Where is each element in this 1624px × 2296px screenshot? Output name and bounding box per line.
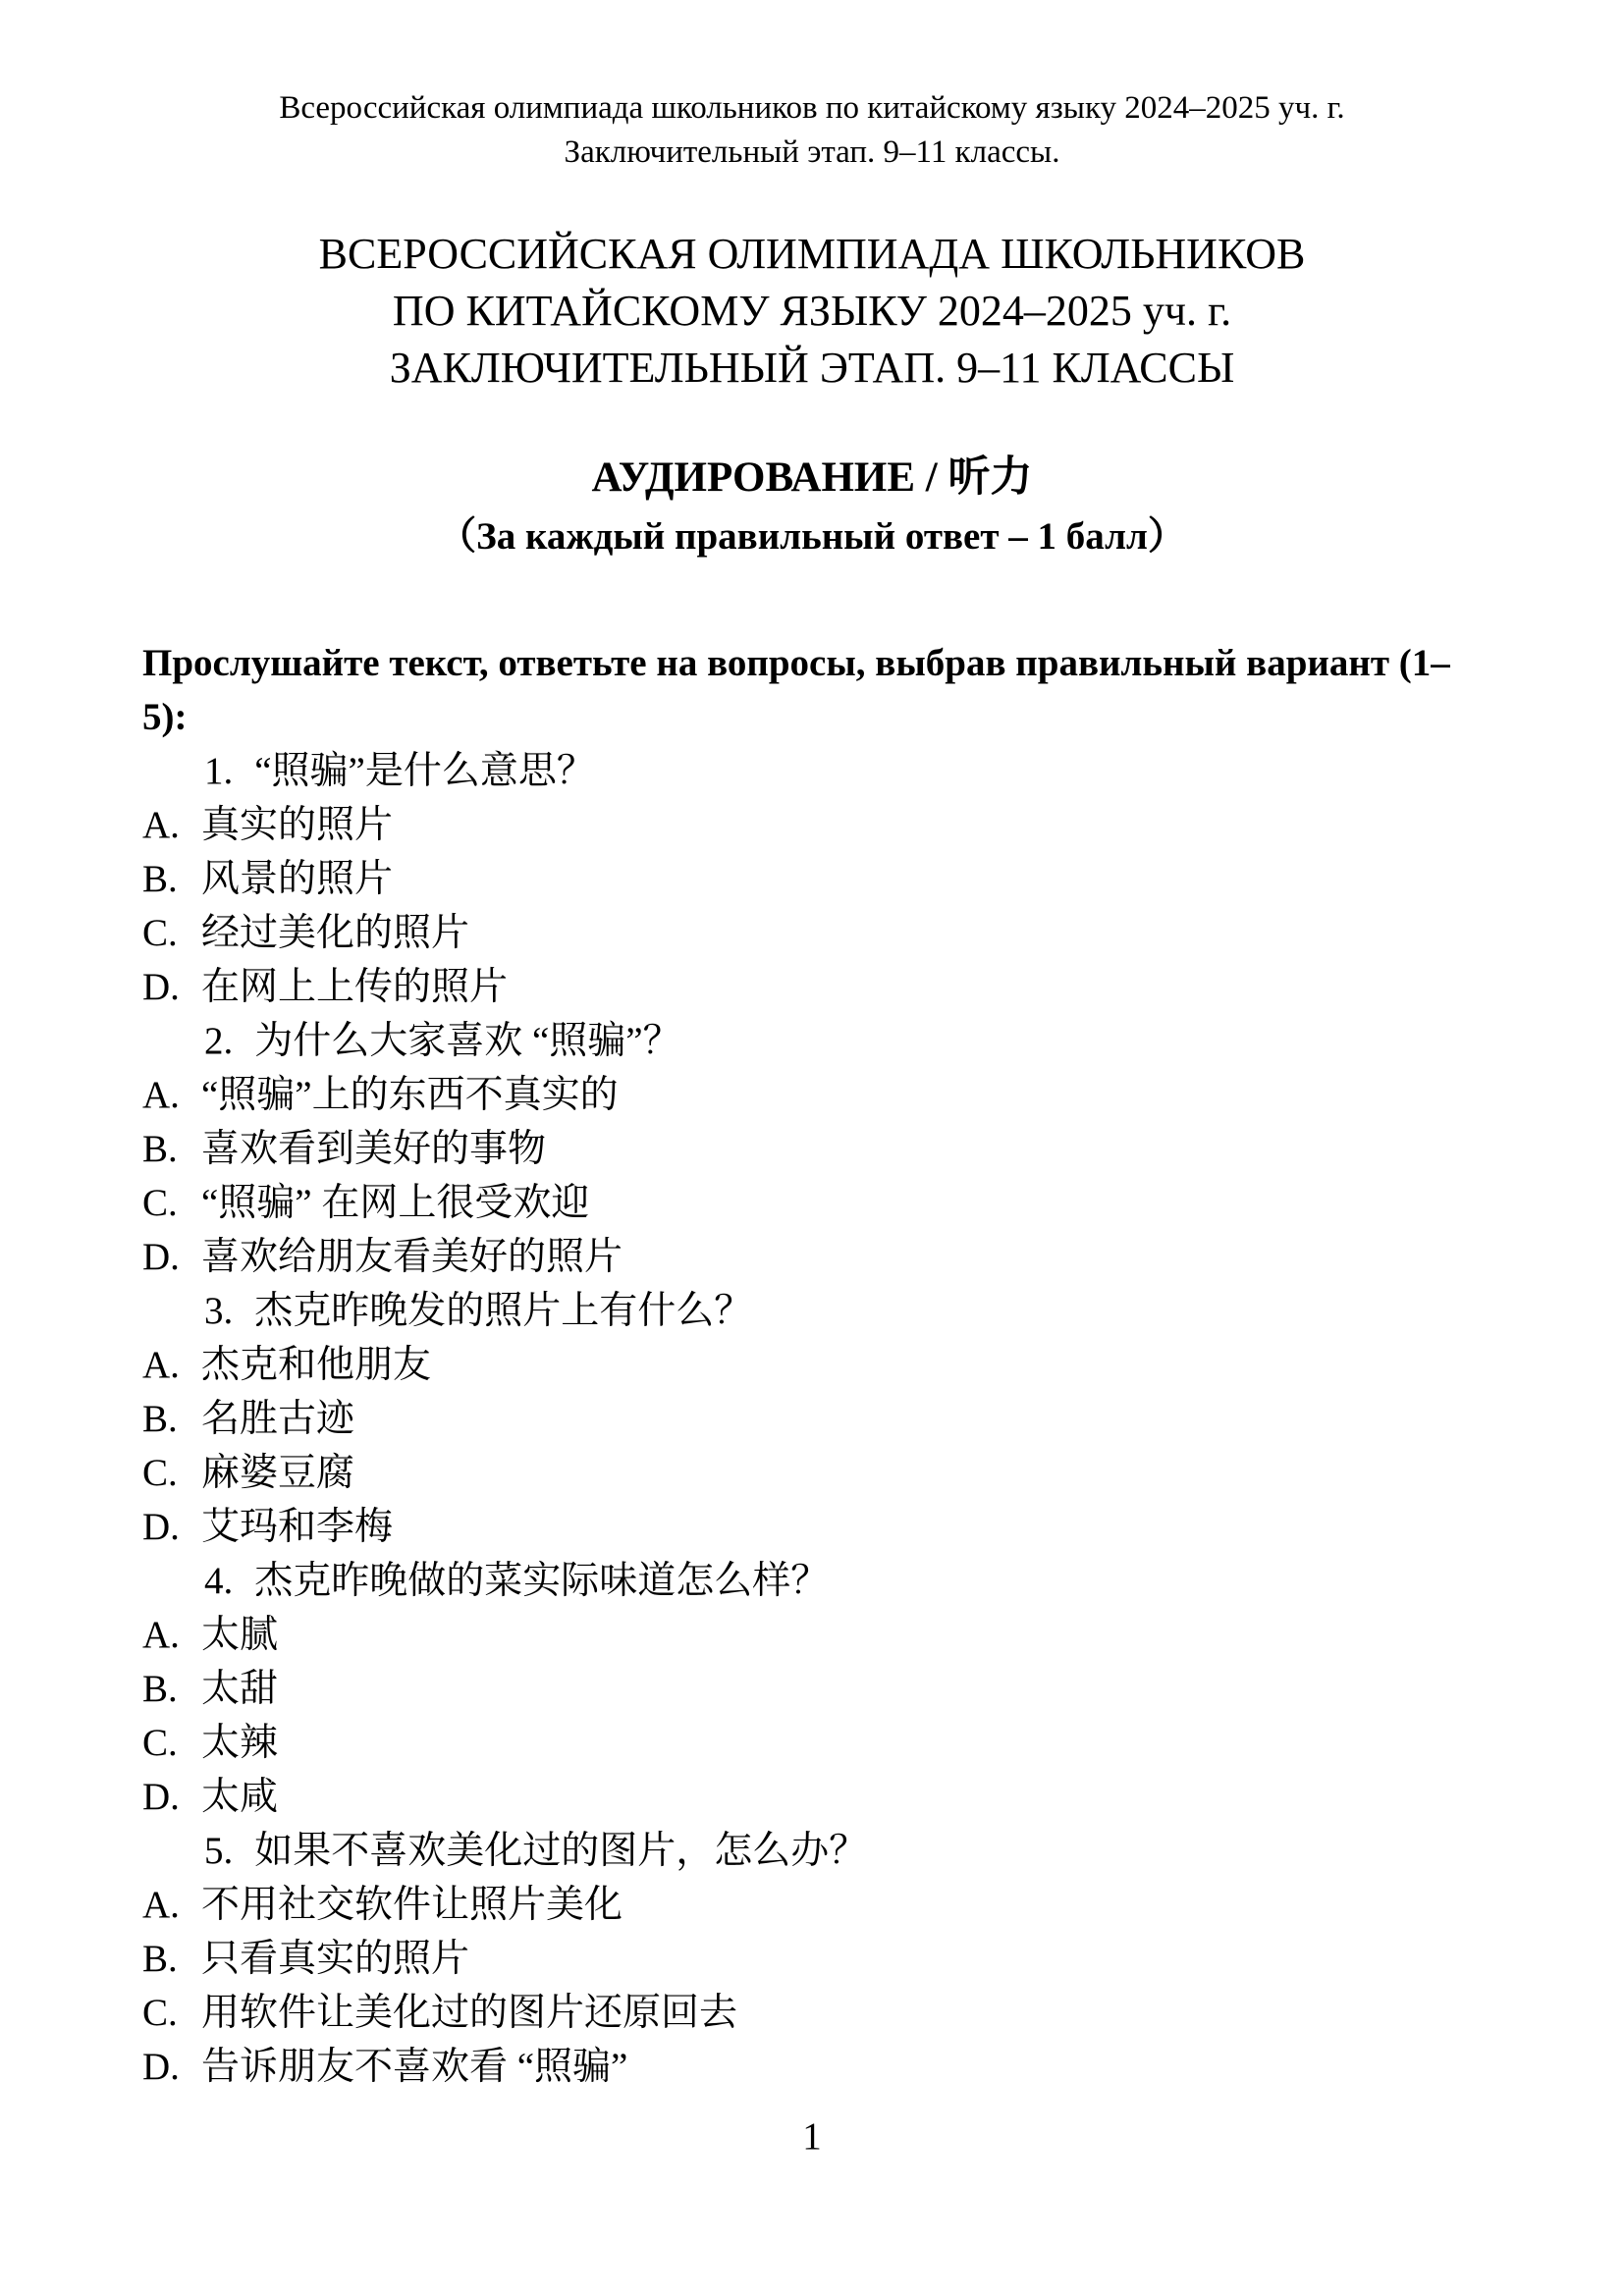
question-1-option-c: C.经过美化的照片 xyxy=(142,906,1482,960)
question-1: 1.“照骗”是什么意思？ xyxy=(142,744,1482,798)
question-3-text: 杰克昨晚发的照片上有什么？ xyxy=(254,1290,752,1332)
option-label: C. xyxy=(142,1176,201,1230)
running-header-line2: Заключительный этап. 9–11 классы. xyxy=(142,131,1482,175)
question-1-option-a: A.真实的照片 xyxy=(142,798,1482,852)
question-4-option-a: A.太腻 xyxy=(142,1608,1482,1662)
option-label: C. xyxy=(142,1986,201,2040)
document-page: Всероссийская олимпиада школьников по ки… xyxy=(0,0,1624,2296)
question-5-text: 如果不喜欢美化过的图片，怎么办？ xyxy=(254,1830,867,1872)
option-label: B. xyxy=(142,1122,201,1176)
question-5-option-b: B.只看真实的照片 xyxy=(142,1932,1482,1986)
question-4-option-d: D.太咸 xyxy=(142,1770,1482,1824)
option-text: 真实的照片 xyxy=(201,804,393,846)
option-label: C. xyxy=(142,906,201,960)
option-label: A. xyxy=(142,798,201,852)
option-label: B. xyxy=(142,1662,201,1716)
option-label: A. xyxy=(142,1608,201,1662)
question-4-option-c: C.太辣 xyxy=(142,1716,1482,1770)
option-label: D. xyxy=(142,2040,201,2094)
option-label: A. xyxy=(142,1878,201,1932)
question-2: 2.为什么大家喜欢 “照骗”？ xyxy=(142,1014,1482,1068)
option-text: 用软件让美化过的图片还原回去 xyxy=(201,1992,737,2034)
option-label: A. xyxy=(142,1338,201,1392)
question-5: 5.如果不喜欢美化过的图片，怎么办？ xyxy=(142,1824,1482,1878)
task-instruction: Прослушайте текст, ответьте на вопросы, … xyxy=(142,636,1482,744)
option-label: B. xyxy=(142,1932,201,1986)
option-text: 不用社交软件让照片美化 xyxy=(201,1884,623,1926)
running-header-line1: Всероссийская олимпиада школьников по ки… xyxy=(142,86,1482,131)
question-4-number: 4. xyxy=(204,1560,233,1602)
option-text: 麻婆豆腐 xyxy=(201,1452,354,1494)
question-5-number: 5. xyxy=(204,1830,233,1872)
document-title-line2: ПО КИТАЙСКОМУ ЯЗЫКУ 2024–2025 уч. г. xyxy=(142,283,1482,340)
section-heading: АУДИРОВАНИЕ / 听力 （За каждый правильный о… xyxy=(142,448,1482,565)
section-title: АУДИРОВАНИЕ / 听力 xyxy=(142,448,1482,508)
option-label: A. xyxy=(142,1068,201,1122)
question-1-option-b: B.风景的照片 xyxy=(142,852,1482,906)
option-text: 告诉朋友不喜欢看 “照骗” xyxy=(201,2046,627,2088)
question-2-option-c: C.“照骗” 在网上很受欢迎 xyxy=(142,1176,1482,1230)
option-label: D. xyxy=(142,960,201,1014)
question-1-option-d: D.在网上上传的照片 xyxy=(142,960,1482,1014)
question-5-option-a: A.不用社交软件让照片美化 xyxy=(142,1878,1482,1932)
document-title: ВСЕРОССИЙСКАЯ ОЛИМПИАДА ШКОЛЬНИКОВ ПО КИ… xyxy=(142,226,1482,397)
question-4: 4.杰克昨晚做的菜实际味道怎么样？ xyxy=(142,1554,1482,1608)
option-text: 喜欢看到美好的事物 xyxy=(201,1128,546,1170)
option-text: 名胜古迹 xyxy=(201,1398,354,1440)
option-text: 经过美化的照片 xyxy=(201,912,469,954)
question-3-option-c: C.麻婆豆腐 xyxy=(142,1446,1482,1500)
option-label: B. xyxy=(142,1392,201,1446)
option-text: 杰克和他朋友 xyxy=(201,1344,431,1386)
option-text: 在网上上传的照片 xyxy=(201,966,508,1008)
option-label: D. xyxy=(142,1230,201,1284)
option-text: “照骗” 在网上很受欢迎 xyxy=(201,1182,589,1224)
option-label: D. xyxy=(142,1500,201,1554)
question-3-number: 3. xyxy=(204,1290,233,1332)
question-3-option-b: B.名胜古迹 xyxy=(142,1392,1482,1446)
option-text: 喜欢给朋友看美好的照片 xyxy=(201,1236,623,1278)
task-instruction-line1: Прослушайте текст, ответьте на вопросы, … xyxy=(142,642,1450,684)
question-2-text: 为什么大家喜欢 “照骗”？ xyxy=(254,1020,680,1062)
question-5-option-c: C.用软件让美化过的图片还原回去 xyxy=(142,1986,1482,2040)
question-4-text: 杰克昨晚做的菜实际味道怎么样？ xyxy=(254,1560,829,1602)
question-2-option-b: B.喜欢看到美好的事物 xyxy=(142,1122,1482,1176)
option-text: 太辣 xyxy=(201,1722,278,1764)
option-text: 太甜 xyxy=(201,1668,278,1710)
question-2-option-a: A.“照骗”上的东西不真实的 xyxy=(142,1068,1482,1122)
question-2-option-d: D.喜欢给朋友看美好的照片 xyxy=(142,1230,1482,1284)
option-label: C. xyxy=(142,1446,201,1500)
option-label: C. xyxy=(142,1716,201,1770)
option-text: 风景的照片 xyxy=(201,858,393,900)
option-text: 太腻 xyxy=(201,1614,278,1656)
page-number: 1 xyxy=(142,2109,1482,2163)
document-title-line1: ВСЕРОССИЙСКАЯ ОЛИМПИАДА ШКОЛЬНИКОВ xyxy=(142,226,1482,283)
option-text: “照骗”上的东西不真实的 xyxy=(201,1074,619,1116)
option-label: B. xyxy=(142,852,201,906)
question-2-number: 2. xyxy=(204,1020,233,1062)
question-1-number: 1. xyxy=(204,750,233,792)
question-4-option-b: B.太甜 xyxy=(142,1662,1482,1716)
document-title-line3: ЗАКЛЮЧИТЕЛЬНЫЙ ЭТАП. 9–11 КЛАССЫ xyxy=(142,340,1482,397)
option-label: D. xyxy=(142,1770,201,1824)
option-text: 艾玛和李梅 xyxy=(201,1506,393,1548)
question-5-option-d: D.告诉朋友不喜欢看 “照骗” xyxy=(142,2040,1482,2094)
question-3: 3.杰克昨晚发的照片上有什么？ xyxy=(142,1284,1482,1338)
running-header: Всероссийская олимпиада школьников по ки… xyxy=(142,86,1482,175)
option-text: 太咸 xyxy=(201,1776,278,1818)
task-instruction-line2: 5): xyxy=(142,696,187,738)
section-scoring-note: （За каждый правильный ответ – 1 балл） xyxy=(142,508,1482,565)
question-3-option-a: A.杰克和他朋友 xyxy=(142,1338,1482,1392)
question-3-option-d: D.艾玛和李梅 xyxy=(142,1500,1482,1554)
question-1-text: “照骗”是什么意思？ xyxy=(254,750,595,792)
option-text: 只看真实的照片 xyxy=(201,1938,469,1980)
